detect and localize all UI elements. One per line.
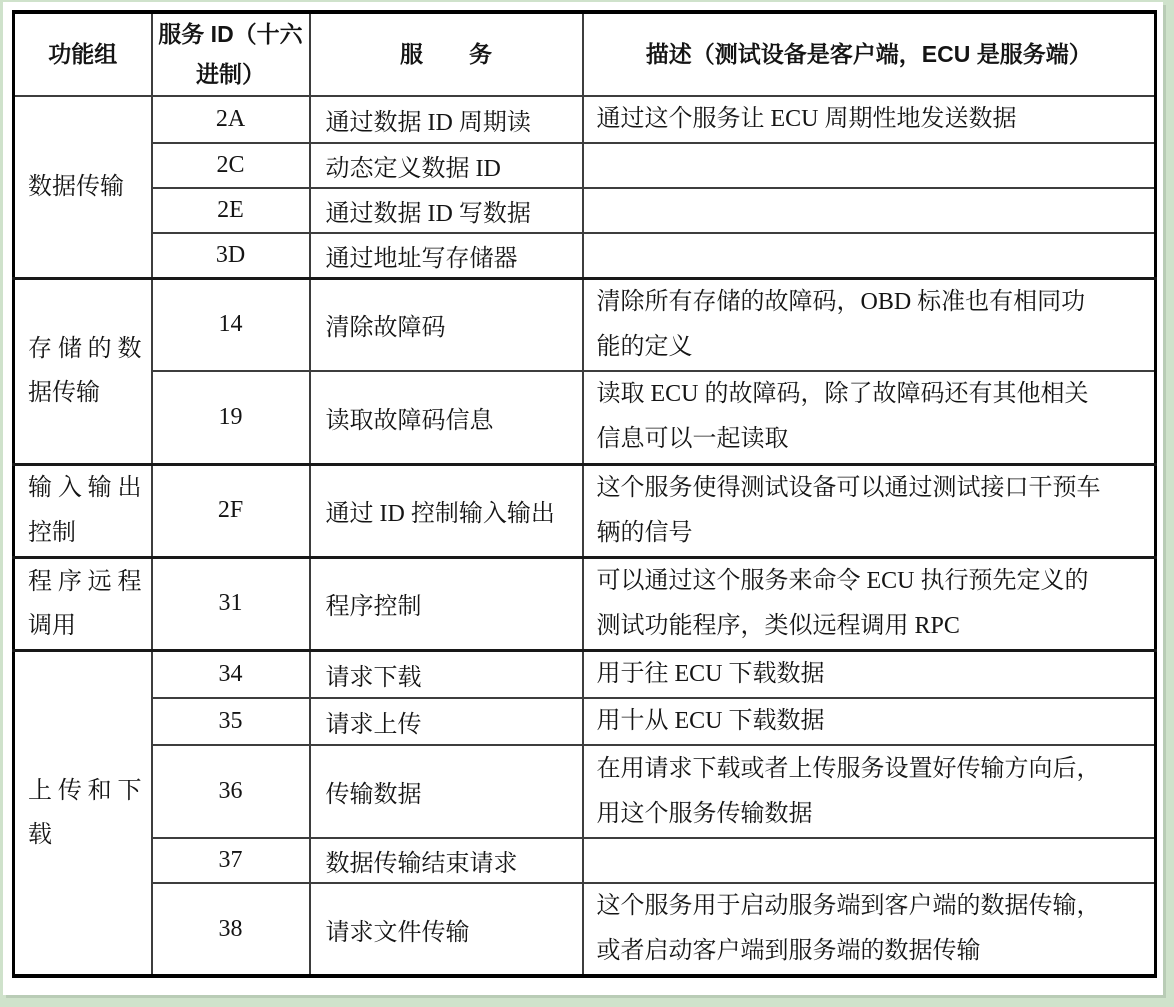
table-row: 35 请求上传 用十从 ECU 下载数据 (14, 698, 1156, 745)
col-header-service: 服 务 (310, 12, 583, 96)
service-name-cell: 传输数据 (310, 745, 583, 838)
service-desc-cell: 用于往 ECU 下载数据 (583, 651, 1156, 699)
table-row: 3D 通过地址写存储器 (14, 233, 1156, 278)
service-name-cell: 请求文件传输 (310, 883, 583, 976)
service-desc-cell: 读取 ECU 的故障码，除了故障码还有其他相关信息可以一起读取 (583, 371, 1156, 464)
table-row: 37 数据传输结束请求 (14, 838, 1156, 883)
service-id-cell: 2C (152, 143, 310, 188)
service-name-cell: 通过 ID 控制输入输出 (310, 464, 583, 557)
service-desc-cell: 这个服务用于启动服务端到客户端的数据传输，或者启动客户端到服务端的数据传输 (583, 883, 1156, 976)
service-desc-cell (583, 233, 1156, 278)
table-row: 38 请求文件传输 这个服务用于启动服务端到客户端的数据传输，或者启动客户端到服… (14, 883, 1156, 976)
service-name-cell: 请求上传 (310, 698, 583, 745)
service-id-cell: 2A (152, 96, 310, 143)
service-desc-cell: 在用请求下载或者上传服务设置好传输方向后，用这个服务传输数据 (583, 745, 1156, 838)
service-id-cell: 36 (152, 745, 310, 838)
service-name-cell: 通过数据 ID 周期读 (310, 96, 583, 143)
table-row: 存储的数据传输 14 清除故障码 清除所有存储的故障码，OBD 标准也有相同功能… (14, 278, 1156, 371)
service-id-cell: 35 (152, 698, 310, 745)
service-name-cell: 动态定义数据 ID (310, 143, 583, 188)
service-id-cell: 37 (152, 838, 310, 883)
table-row: 2C 动态定义数据 ID (14, 143, 1156, 188)
table-row: 程序远程调用 31 程序控制 可以通过这个服务来命令 ECU 执行预先定义的测试… (14, 557, 1156, 650)
service-id-cell: 38 (152, 883, 310, 976)
service-name-cell: 数据传输结束请求 (310, 838, 583, 883)
table-row: 19 读取故障码信息 读取 ECU 的故障码，除了故障码还有其他相关信息可以一起… (14, 371, 1156, 464)
group-name-cell: 上传和下载 (14, 651, 152, 977)
service-id-cell: 34 (152, 651, 310, 699)
service-desc-cell: 清除所有存储的故障码，OBD 标准也有相同功能的定义 (583, 278, 1156, 371)
service-desc-cell: 这个服务使得测试设备可以通过测试接口干预车辆的信号 (583, 464, 1156, 557)
service-name-cell: 读取故障码信息 (310, 371, 583, 464)
service-id-cell: 19 (152, 371, 310, 464)
header-row: 功能组 服务 ID（十六进制） 服 务 描述（测试设备是客户端，ECU 是服务端… (14, 12, 1156, 96)
col-header-function-group: 功能组 (14, 12, 152, 96)
service-desc-cell (583, 838, 1156, 883)
service-id-cell: 2E (152, 188, 310, 233)
col-header-service-id: 服务 ID（十六进制） (152, 12, 310, 96)
group-name-cell: 输入输出控制 (14, 464, 152, 557)
table-row: 2E 通过数据 ID 写数据 (14, 188, 1156, 233)
service-desc-cell (583, 143, 1156, 188)
service-desc-cell (583, 188, 1156, 233)
service-desc-cell: 可以通过这个服务来命令 ECU 执行预先定义的测试功能程序，类似远程调用 RPC (583, 557, 1156, 650)
service-name-cell: 清除故障码 (310, 278, 583, 371)
service-name-cell: 通过地址写存储器 (310, 233, 583, 278)
service-name-cell: 通过数据 ID 写数据 (310, 188, 583, 233)
service-id-cell: 2F (152, 464, 310, 557)
group-name-cell: 程序远程调用 (14, 557, 152, 650)
service-id-cell: 31 (152, 557, 310, 650)
scanned-document-page: 功能组 服务 ID（十六进制） 服 务 描述（测试设备是客户端，ECU 是服务端… (3, 2, 1163, 995)
service-desc-cell: 通过这个服务让 ECU 周期性地发送数据 (583, 96, 1156, 143)
table-row: 输入输出控制 2F 通过 ID 控制输入输出 这个服务使得测试设备可以通过测试接… (14, 464, 1156, 557)
service-name-cell: 请求下载 (310, 651, 583, 699)
service-id-cell: 3D (152, 233, 310, 278)
service-id-cell: 14 (152, 278, 310, 371)
col-header-description: 描述（测试设备是客户端，ECU 是服务端） (583, 12, 1156, 96)
service-name-cell: 程序控制 (310, 557, 583, 650)
service-desc-cell: 用十从 ECU 下载数据 (583, 698, 1156, 745)
group-name-cell: 存储的数据传输 (14, 278, 152, 464)
table-row: 数据传输 2A 通过数据 ID 周期读 通过这个服务让 ECU 周期性地发送数据 (14, 96, 1156, 143)
group-name-cell: 数据传输 (14, 96, 152, 278)
uds-services-table: 功能组 服务 ID（十六进制） 服 务 描述（测试设备是客户端，ECU 是服务端… (12, 10, 1157, 978)
table-row: 36 传输数据 在用请求下载或者上传服务设置好传输方向后，用这个服务传输数据 (14, 745, 1156, 838)
table-row: 上传和下载 34 请求下载 用于往 ECU 下载数据 (14, 651, 1156, 699)
